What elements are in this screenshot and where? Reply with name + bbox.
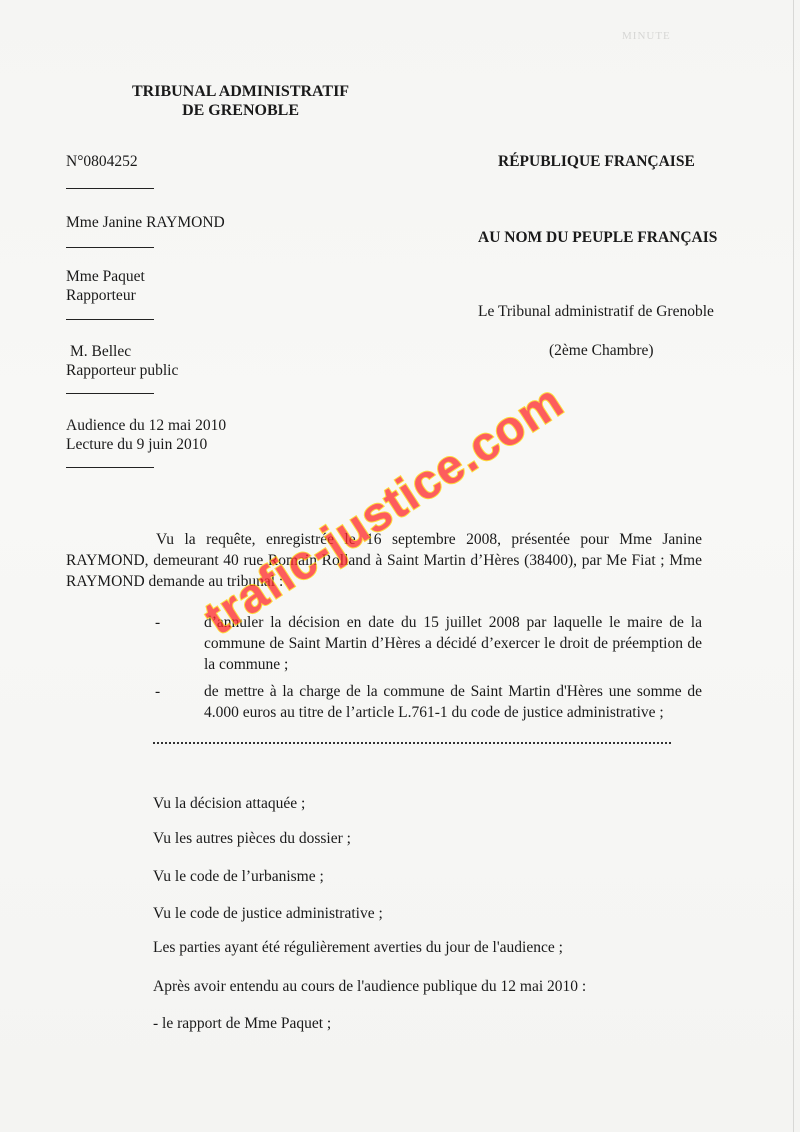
case-number: N°0804252: [66, 152, 138, 171]
visa-item: Vu le code de justice administrative ;: [153, 904, 383, 923]
document-page: MINUTE TRIBUNAL ADMINISTRATIF DE GRENOBL…: [0, 0, 800, 1132]
divider: [66, 247, 154, 248]
visa-item: Vu le code de l’urbanisme ;: [153, 867, 324, 886]
divider: [66, 188, 154, 189]
chamber-label: (2ème Chambre): [549, 341, 654, 360]
divider: [66, 393, 154, 394]
request-item-text: d’annuler la décision en date du 15 juil…: [204, 614, 702, 673]
request-item-text: de mettre à la charge de la commune de S…: [204, 683, 702, 721]
people-heading: AU NOM DU PEUPLE FRANÇAIS: [478, 228, 717, 247]
court-name: TRIBUNAL ADMINISTRATIF DE GRENOBLE: [132, 82, 349, 120]
request-item: - de mettre à la charge de la commune de…: [204, 681, 702, 723]
request-item: - d’annuler la décision en date du 15 ju…: [204, 612, 702, 675]
request-paragraph: Vu la requête, enregistrée le 16 septemb…: [66, 529, 702, 592]
public-rapporteur-name: M. Bellec: [70, 342, 131, 361]
tribunal-label: Le Tribunal administratif de Grenoble: [478, 302, 714, 321]
public-rapporteur-role: Rapporteur public: [66, 361, 178, 380]
bullet-dash: -: [155, 681, 160, 702]
visa-item: Vu la décision attaquée ;: [153, 794, 305, 813]
party-name: Mme Janine RAYMOND: [66, 213, 225, 232]
request-text: Vu la requête, enregistrée le 16 septemb…: [66, 529, 702, 592]
court-name-line1: TRIBUNAL ADMINISTRATIF: [132, 82, 349, 101]
dotted-separator: [153, 738, 671, 744]
bullet-dash: -: [155, 612, 160, 633]
parties-notified: Les parties ayant été régulièrement aver…: [153, 938, 563, 957]
rapporteur-name: Mme Paquet: [66, 267, 145, 286]
heard-intro: Après avoir entendu au cours de l'audien…: [153, 977, 586, 996]
divider: [66, 467, 154, 468]
visa-item: Vu les autres pièces du dossier ;: [153, 829, 351, 848]
heard-item: - le rapport de Mme Paquet ;: [153, 1014, 331, 1033]
rapporteur-role: Rapporteur: [66, 286, 136, 305]
hearing-date: Audience du 12 mai 2010: [66, 416, 226, 435]
watermark: trafic-justice.com: [195, 374, 573, 646]
page-edge: [793, 0, 794, 1132]
faint-page-mark: MINUTE: [622, 30, 671, 42]
divider: [66, 319, 154, 320]
reading-date: Lecture du 9 juin 2010: [66, 435, 207, 454]
court-name-line2: DE GRENOBLE: [132, 101, 349, 120]
republic-heading: RÉPUBLIQUE FRANÇAISE: [498, 152, 695, 171]
